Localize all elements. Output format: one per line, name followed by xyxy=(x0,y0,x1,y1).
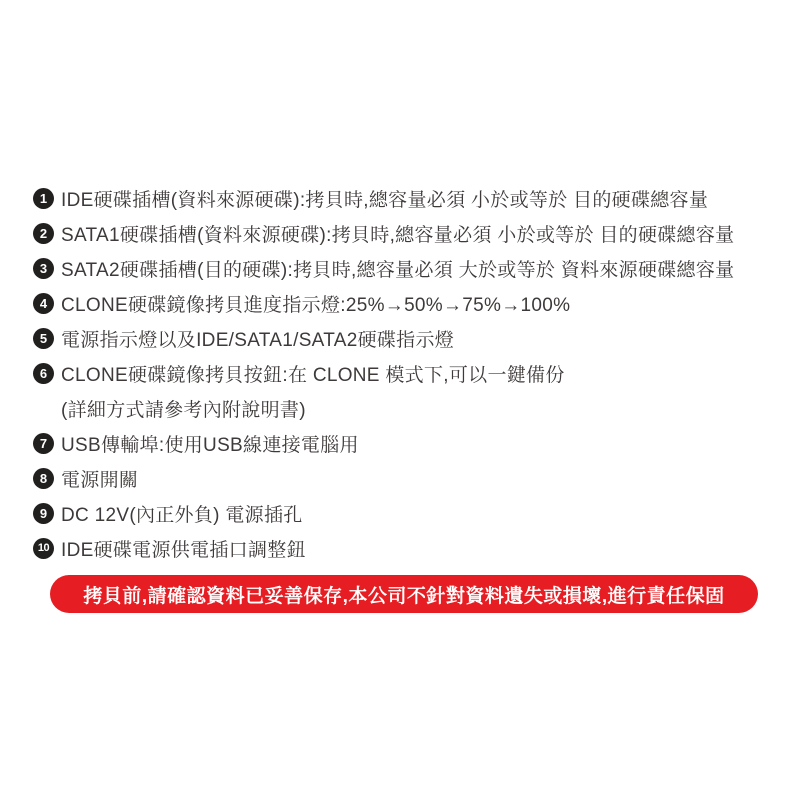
item-number-badge: 9 xyxy=(33,503,54,524)
item-number-badge: 8 xyxy=(33,468,54,489)
list-item: 3 SATA2硬碟插槽(目的硬碟):拷貝時,總容量必須 大於或等於 資料來源硬碟… xyxy=(33,251,793,286)
list-item-text: CLONE硬碟鏡像拷貝進度指示燈:25%→50%→75%→100% xyxy=(61,290,570,317)
item-number-badge: 10 xyxy=(33,538,54,559)
item-number-badge: 4 xyxy=(33,293,54,314)
list-item: 2 SATA1硬碟插槽(資料來源硬碟):拷貝時,總容量必須 小於或等於 目的硬碟… xyxy=(33,216,793,251)
list-item-text: 電源指示燈以及IDE/SATA1/SATA2硬碟指示燈 xyxy=(61,325,454,352)
list-item-continuation-text: (詳細方式請參考內附說明書) xyxy=(61,395,306,422)
item-number-badge: 7 xyxy=(33,433,54,454)
list-item: 7 USB傳輸埠:使用USB線連接電腦用 xyxy=(33,426,793,461)
warning-text: 拷貝前,請確認資料已妥善保存,本公司不針對資料遺失或損壞,進行責任保固 xyxy=(83,581,724,608)
list-item: 1 IDE硬碟插槽(資料來源硬碟):拷貝時,總容量必須 小於或等於 目的硬碟總容… xyxy=(33,181,793,216)
item-number-badge: 6 xyxy=(33,363,54,384)
list-item-text: DC 12V(內正外負) 電源插孔 xyxy=(61,500,303,527)
list-item-text: SATA1硬碟插槽(資料來源硬碟):拷貝時,總容量必須 小於或等於 目的硬碟總容… xyxy=(61,220,734,247)
list-item-text: USB傳輸埠:使用USB線連接電腦用 xyxy=(61,430,359,457)
list-item: 10 IDE硬碟電源供電插口調整鈕 xyxy=(33,531,793,566)
item-number-badge: 1 xyxy=(33,188,54,209)
product-instructions-page: 1 IDE硬碟插槽(資料來源硬碟):拷貝時,總容量必須 小於或等於 目的硬碟總容… xyxy=(0,0,808,808)
list-item-text: IDE硬碟插槽(資料來源硬碟):拷貝時,總容量必須 小於或等於 目的硬碟總容量 xyxy=(61,185,708,212)
list-item-text: CLONE硬碟鏡像拷貝按鈕:在 CLONE 模式下,可以一鍵備份 xyxy=(61,360,565,387)
list-item: 6 CLONE硬碟鏡像拷貝按鈕:在 CLONE 模式下,可以一鍵備份 xyxy=(33,356,793,391)
list-item-continuation: (詳細方式請參考內附說明書) xyxy=(33,391,793,426)
list-item: 9 DC 12V(內正外負) 電源插孔 xyxy=(33,496,793,531)
list-item-text: SATA2硬碟插槽(目的硬碟):拷貝時,總容量必須 大於或等於 資料來源硬碟總容… xyxy=(61,255,734,282)
list-item-text: 電源開關 xyxy=(61,465,138,492)
warning-banner: 拷貝前,請確認資料已妥善保存,本公司不針對資料遺失或損壞,進行責任保固 xyxy=(50,575,758,613)
list-item: 8 電源開關 xyxy=(33,461,793,496)
item-number-badge: 3 xyxy=(33,258,54,279)
list-item-text: IDE硬碟電源供電插口調整鈕 xyxy=(61,535,306,562)
item-number-badge: 2 xyxy=(33,223,54,244)
list-item: 4 CLONE硬碟鏡像拷貝進度指示燈:25%→50%→75%→100% xyxy=(33,286,793,321)
feature-list: 1 IDE硬碟插槽(資料來源硬碟):拷貝時,總容量必須 小於或等於 目的硬碟總容… xyxy=(33,181,793,566)
item-number-badge: 5 xyxy=(33,328,54,349)
list-item: 5 電源指示燈以及IDE/SATA1/SATA2硬碟指示燈 xyxy=(33,321,793,356)
